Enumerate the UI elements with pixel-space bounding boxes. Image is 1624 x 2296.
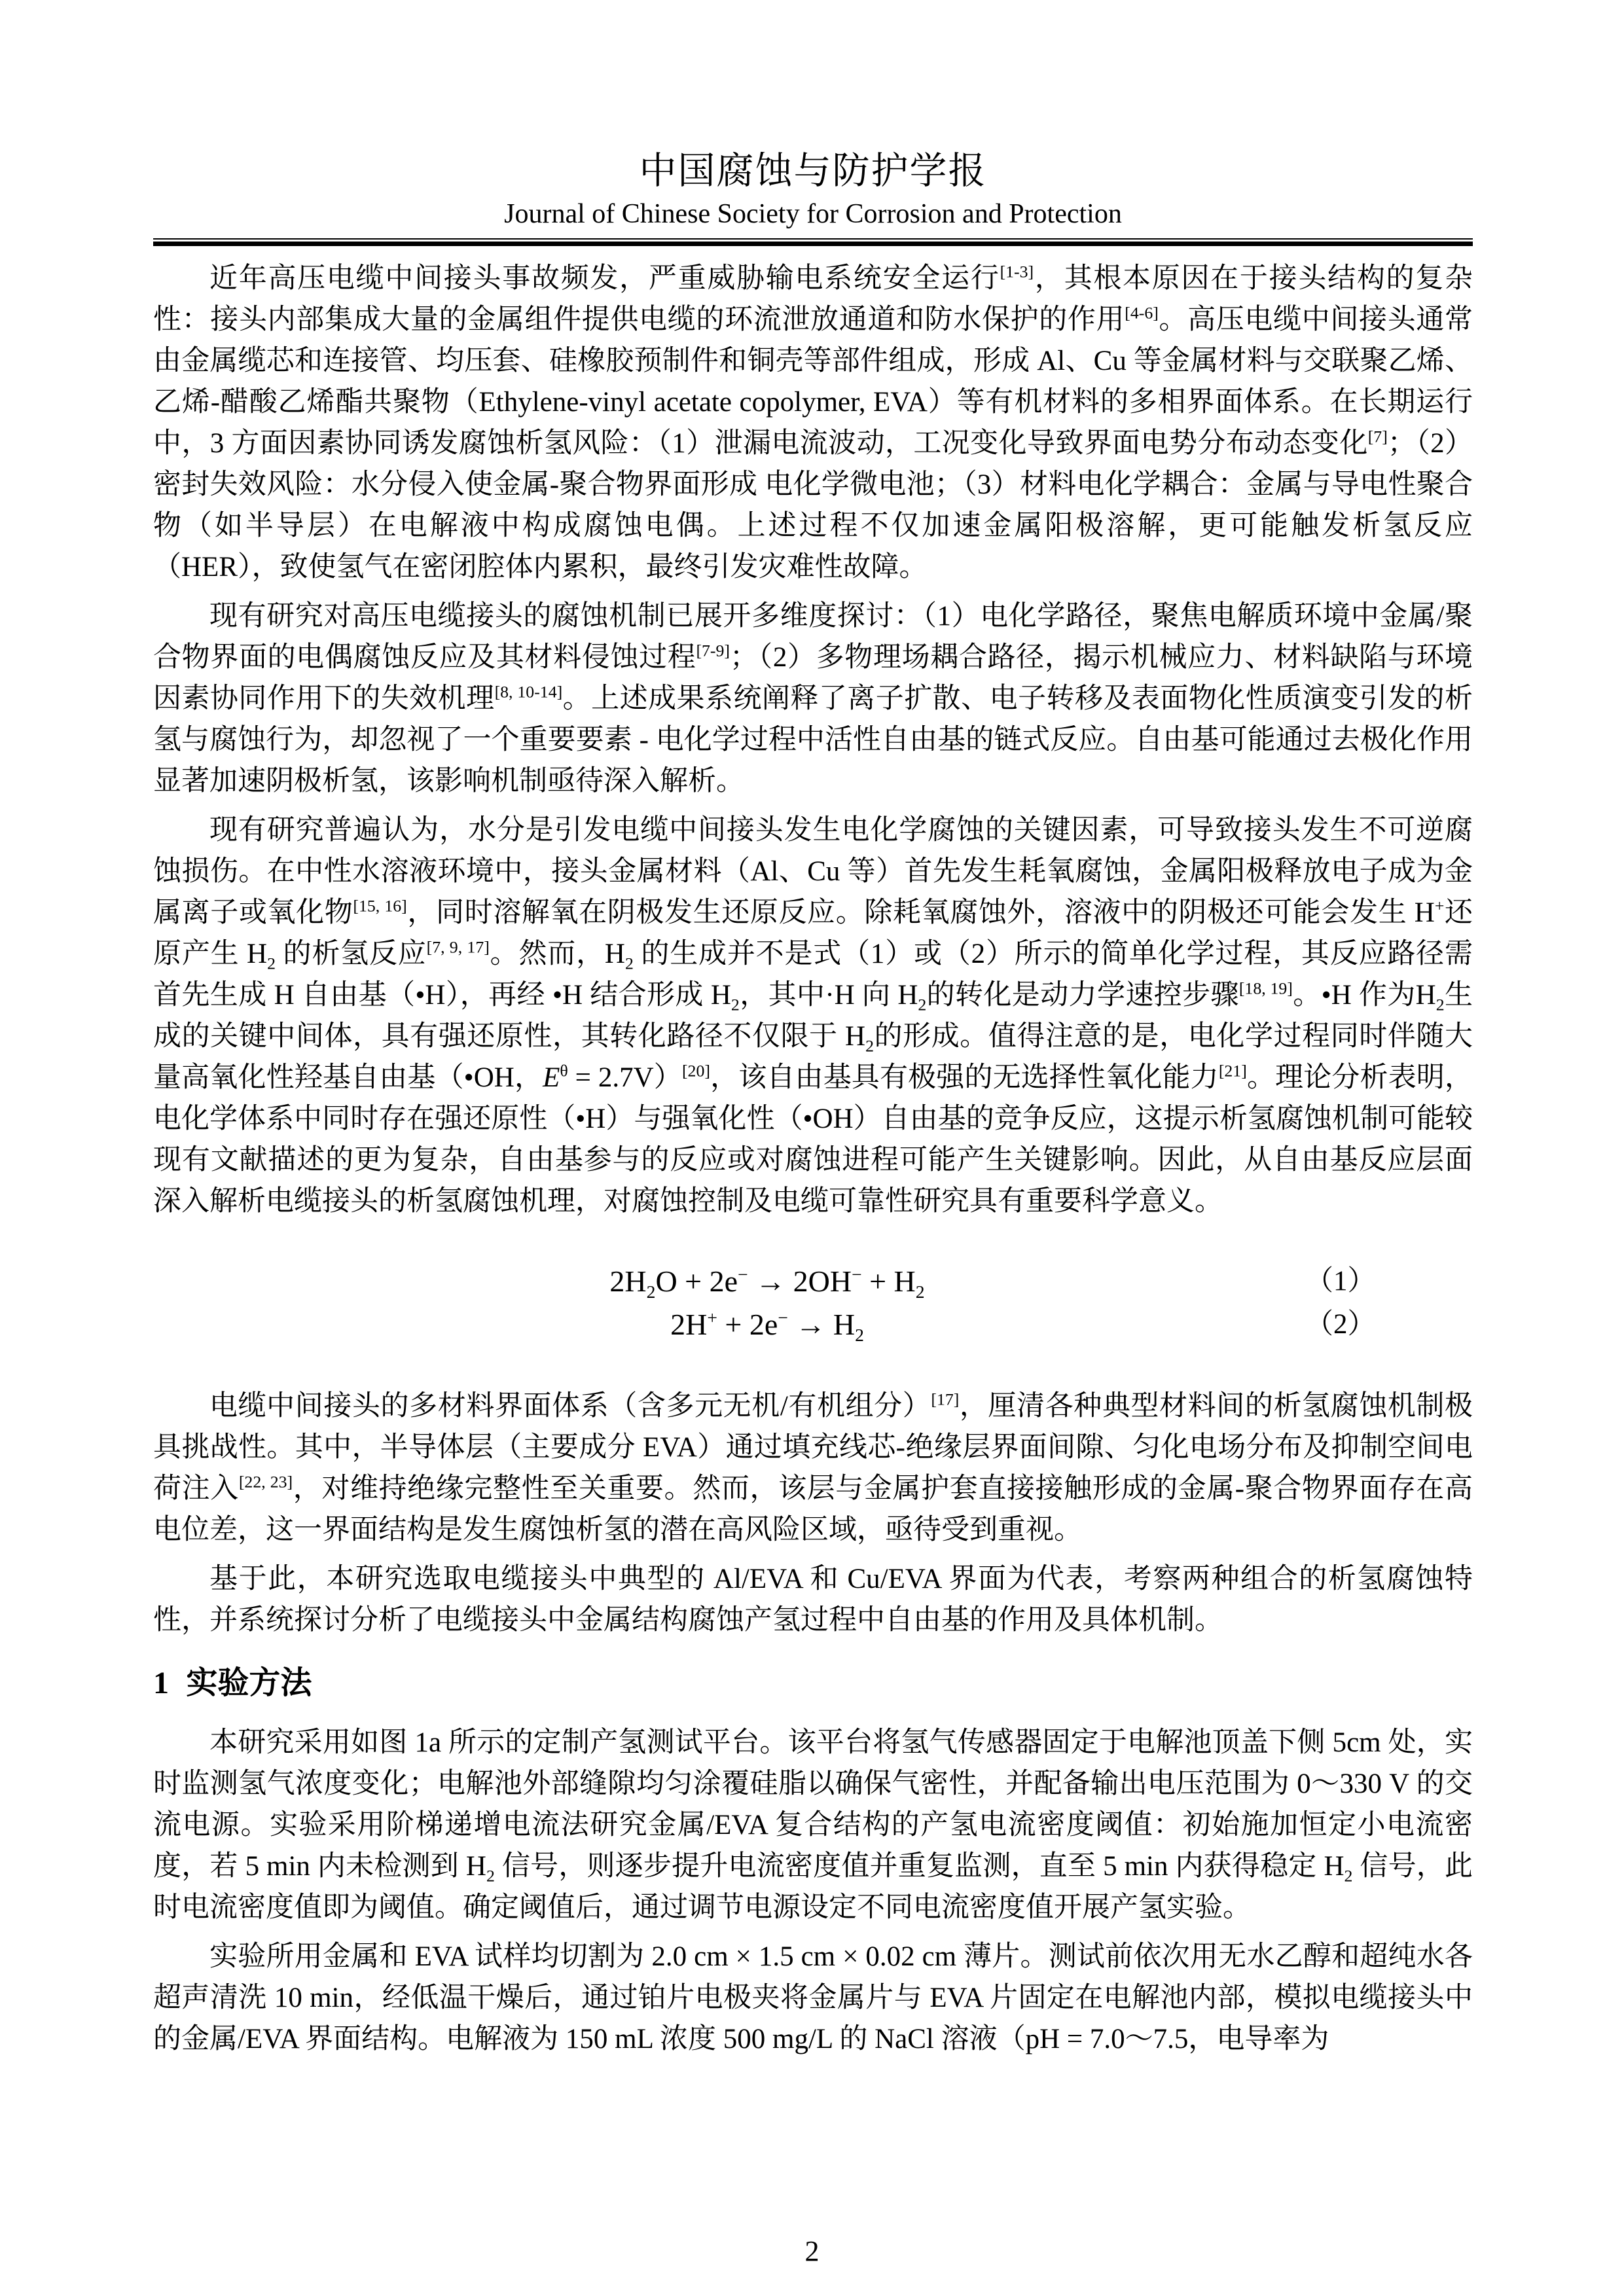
equation-block: 2H2O + 2e− → 2OH− + H2 （1） 2H+ + 2e− → H…: [153, 1260, 1473, 1346]
journal-page: 中国腐蚀与防护学报 Journal of Chinese Society for…: [0, 0, 1624, 2296]
equation-1-number: （1）: [1305, 1260, 1376, 1303]
journal-title-en: Journal of Chinese Society for Corrosion…: [153, 198, 1473, 230]
header-rule: [153, 238, 1473, 246]
article-body: 近年高压电缆中间接头事故频发，严重威胁输电系统安全运行[1-3]，其根本原因在于…: [153, 258, 1473, 2060]
page-content: 中国腐蚀与防护学报 Journal of Chinese Society for…: [153, 0, 1473, 2068]
section-1-paragraph-1: 本研究采用如图 1a 所示的定制产氢测试平台。该平台将氢气传感器固定于电解池顶盖…: [153, 1722, 1473, 1928]
equation-2-number: （2）: [1305, 1303, 1376, 1346]
section-1-heading: 1实验方法: [153, 1662, 1473, 1705]
section-1-paragraph-2: 实验所用金属和 EVA 试样均切割为 2.0 cm × 1.5 cm × 0.0…: [153, 1936, 1473, 2060]
equation-2-formula: 2H+ + 2e− → H2: [670, 1303, 864, 1346]
equation-1: 2H2O + 2e− → 2OH− + H2 （1）: [153, 1260, 1473, 1303]
intro-paragraph-1: 近年高压电缆中间接头事故频发，严重威胁输电系统安全运行[1-3]，其根本原因在于…: [153, 258, 1473, 588]
section-1-number: 1: [153, 1666, 169, 1700]
intro-paragraph-2: 现有研究对高压电缆接头的腐蚀机制已展开多维度探讨：（1）电化学路径，聚焦电解质环…: [153, 596, 1473, 802]
journal-title-zh: 中国腐蚀与防护学报: [153, 149, 1473, 194]
equation-2: 2H+ + 2e− → H2 （2）: [153, 1303, 1473, 1346]
discussion-paragraph-1: 电缆中间接头的多材料界面体系（含多元无机/有机组分）[17]，厘清各种典型材料间…: [153, 1386, 1473, 1551]
equation-1-formula: 2H2O + 2e− → 2OH− + H2: [609, 1260, 924, 1303]
discussion-paragraph-2: 基于此，本研究选取电缆接头中典型的 Al/EVA 和 Cu/EVA 界面为代表，…: [153, 1558, 1473, 1641]
header-rule-thick-line: [153, 242, 1473, 246]
page-number: 2: [0, 2235, 1624, 2268]
intro-paragraph-3: 现有研究普遍认为，水分是引发电缆中间接头发生电化学腐蚀的关键因素，可导致接头发生…: [153, 810, 1473, 1222]
section-1-title: 实验方法: [186, 1666, 312, 1700]
